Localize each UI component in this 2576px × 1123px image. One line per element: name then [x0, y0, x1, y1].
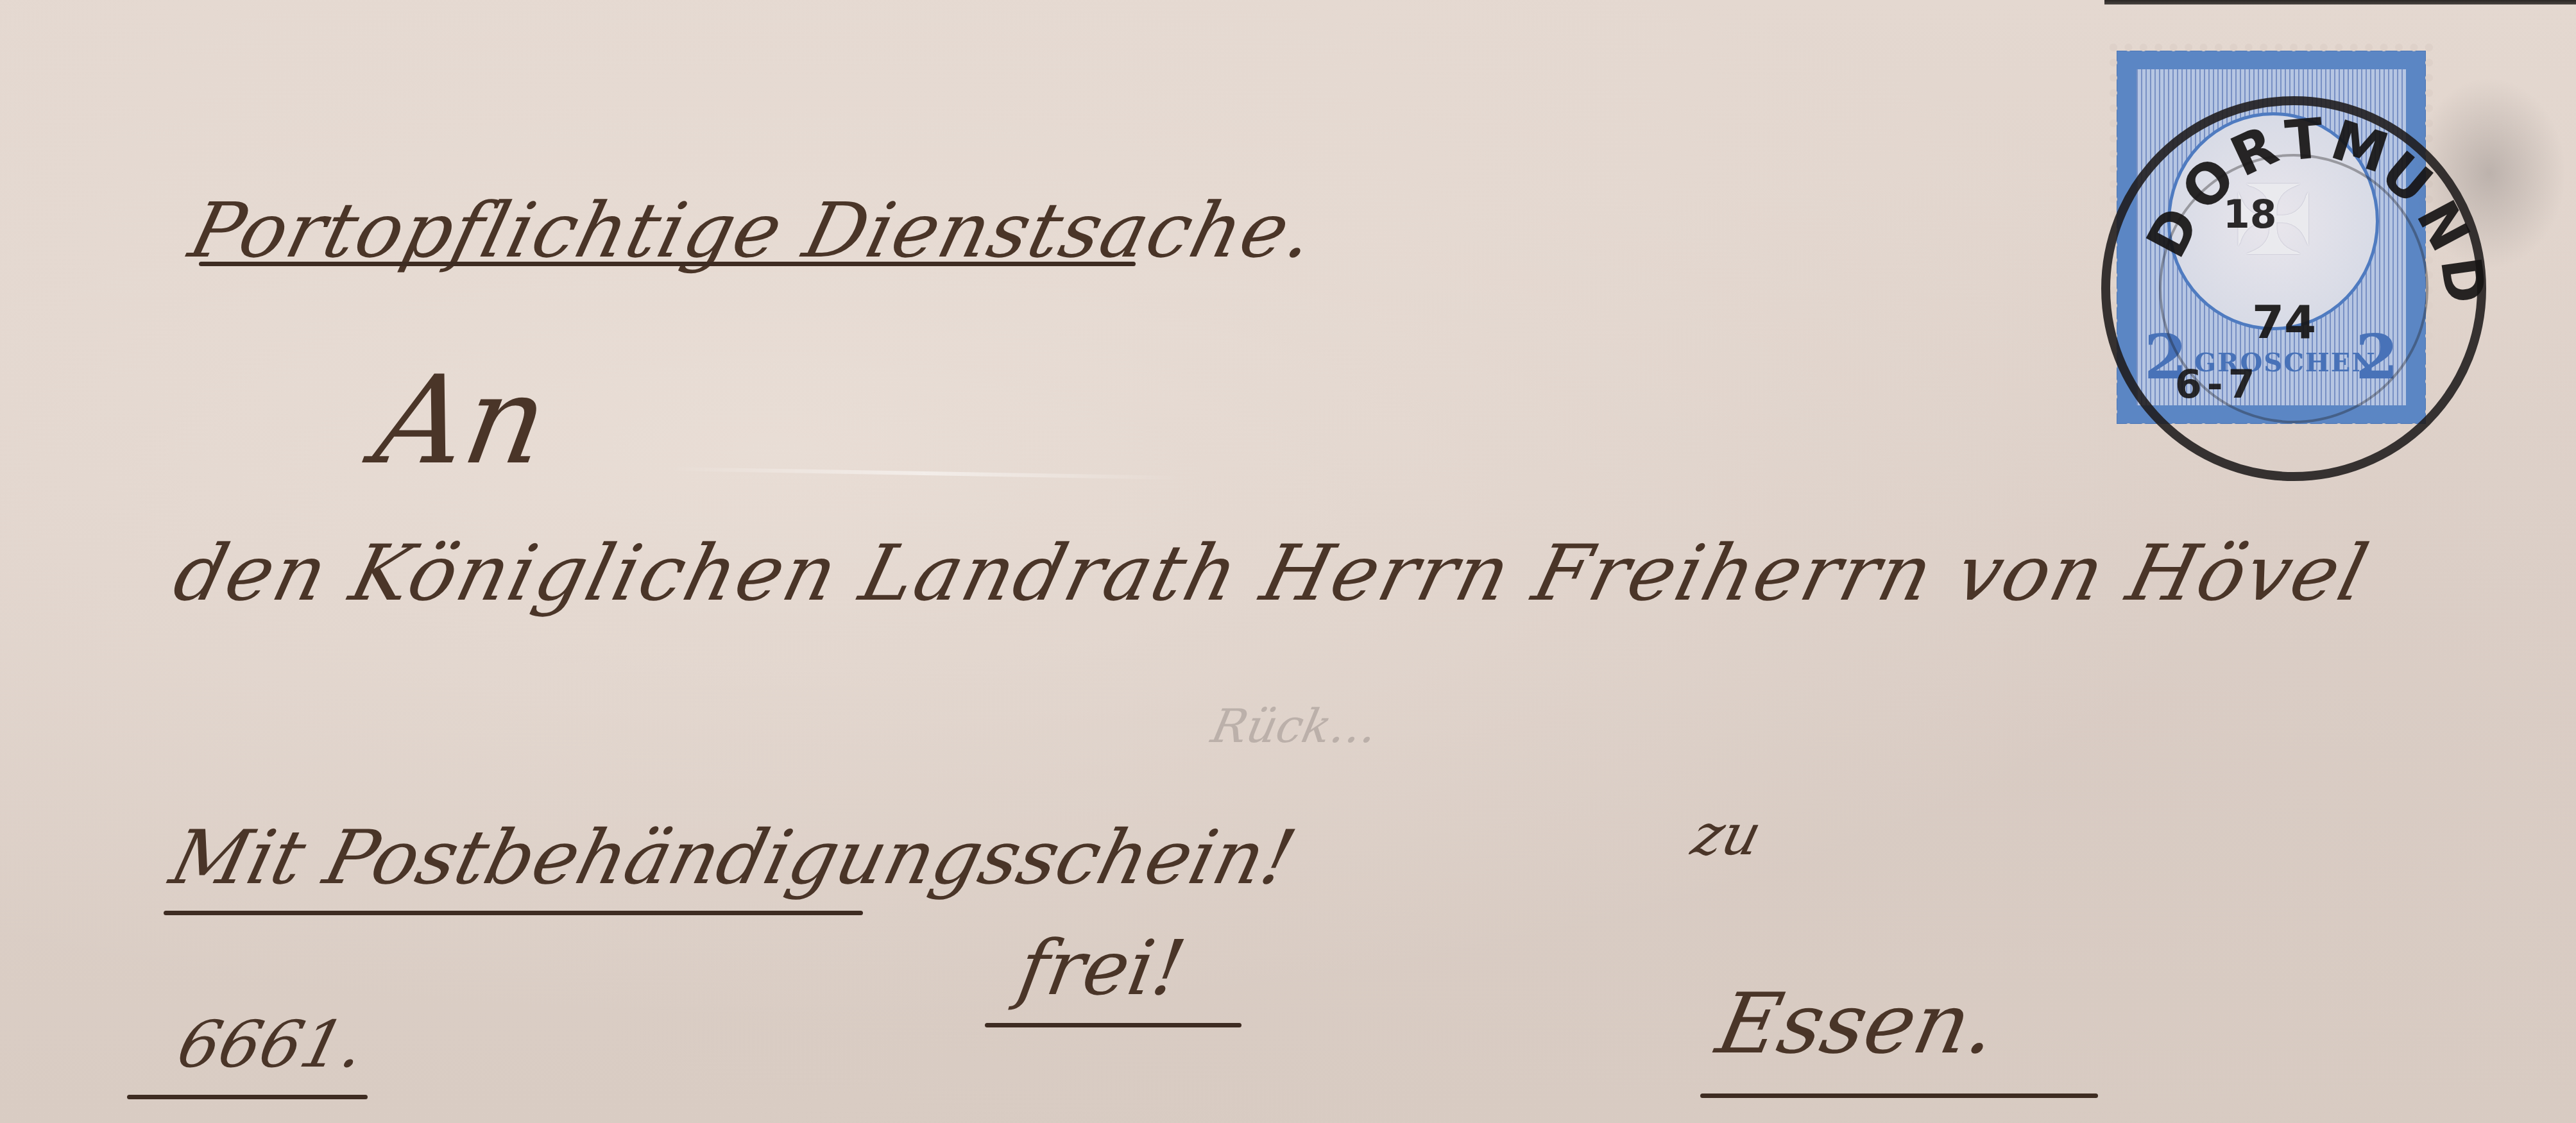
franking-underline [985, 1023, 1241, 1027]
registration-underline [164, 911, 863, 915]
addressee: den Königlichen Landrath Herrn Freiherrn… [166, 529, 2378, 618]
envelope-top-edge [2104, 0, 2576, 4]
reference-number: 6661. [170, 1007, 372, 1082]
postmark-time: 6-7 [2175, 362, 2260, 407]
postmark-year: 74 [2252, 295, 2316, 349]
salutation: An [366, 350, 558, 491]
pencil-note: Rück… [1207, 699, 1383, 753]
header-underline [199, 262, 1136, 266]
destination-underline [1700, 1093, 2098, 1098]
destination: Essen. [1709, 975, 2006, 1072]
postmark-day: 18 [2223, 192, 2277, 237]
registration-note: Mit Postbehändigungsschein! [162, 815, 1304, 901]
franking-note: frei! [1012, 924, 1191, 1012]
reference-underline [127, 1095, 368, 1099]
